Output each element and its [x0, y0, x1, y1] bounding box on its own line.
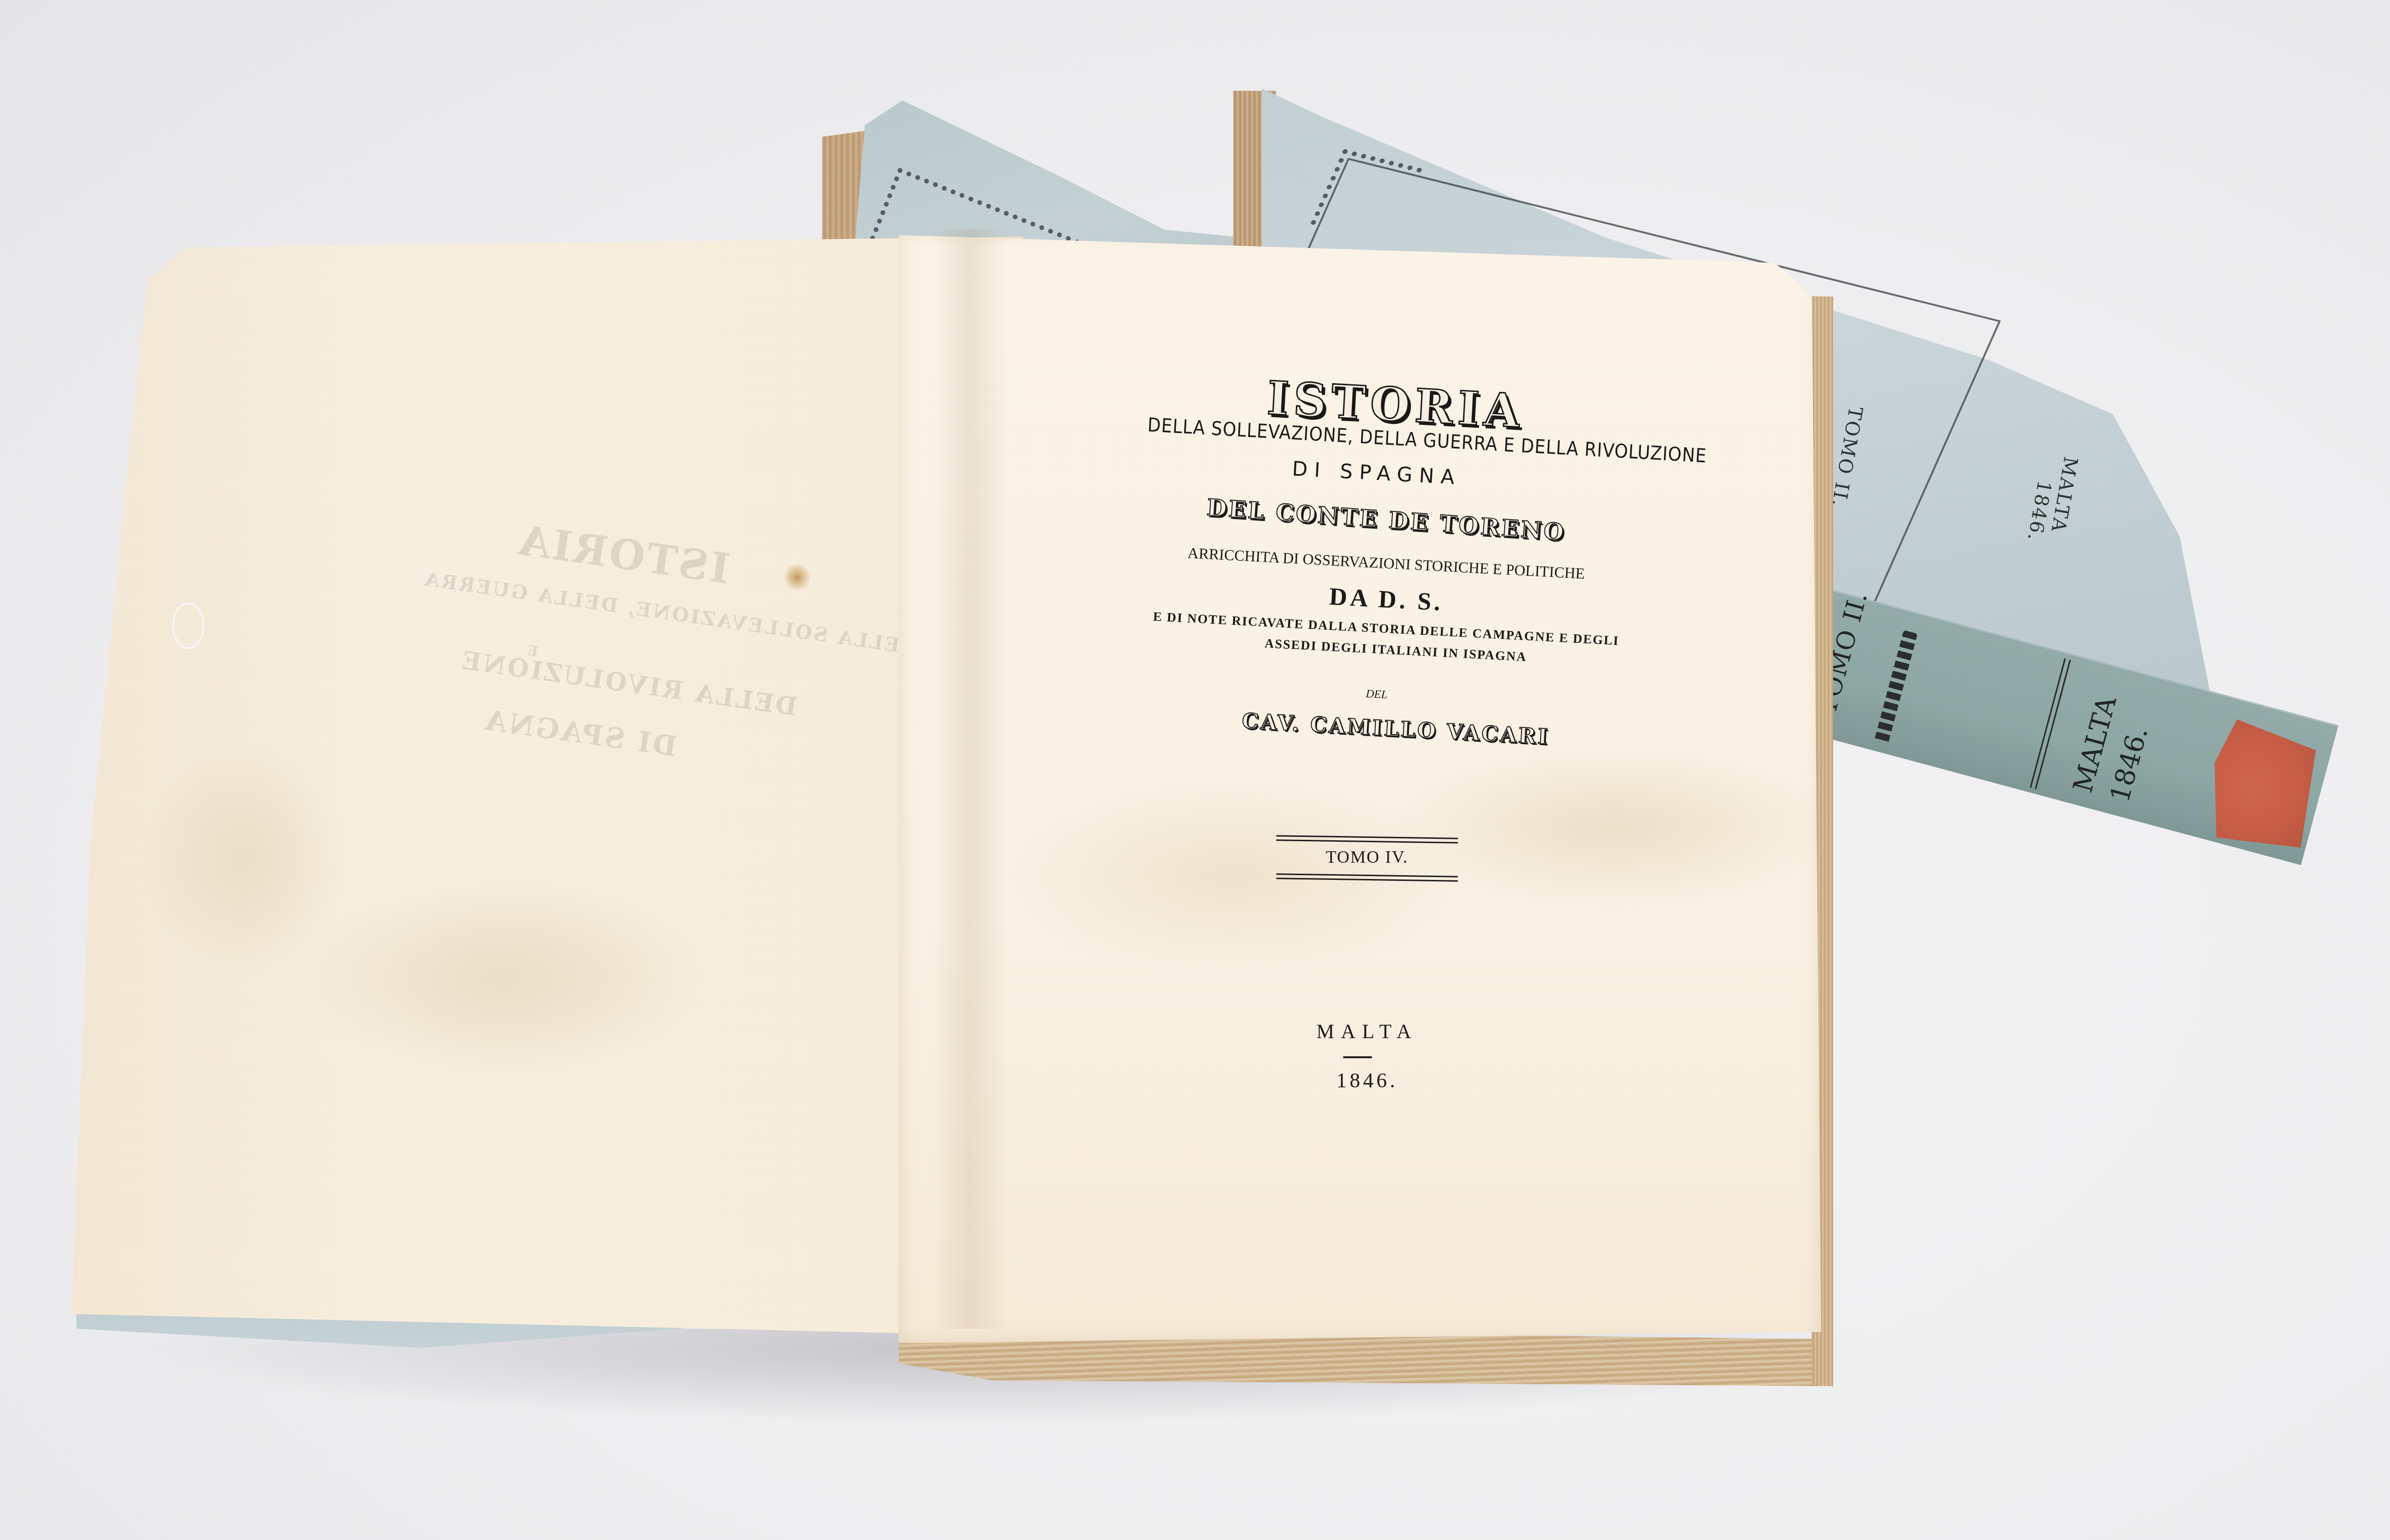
- imprint-dash: [1343, 1056, 1372, 1058]
- gutter-shadow: [932, 229, 1009, 1329]
- foxing-stain: [784, 564, 810, 590]
- title-page-place: MALTA: [1276, 1020, 1458, 1043]
- spine-damage-patch: [2196, 716, 2328, 859]
- spine-divider: [2030, 658, 2071, 789]
- left-page: [72, 237, 1023, 1336]
- binding-thread: [172, 602, 205, 649]
- spine-ornament: [1874, 630, 1918, 745]
- title-page-year: 1846.: [1276, 1068, 1458, 1093]
- title-page-volume: TOMO IV.: [1276, 847, 1458, 867]
